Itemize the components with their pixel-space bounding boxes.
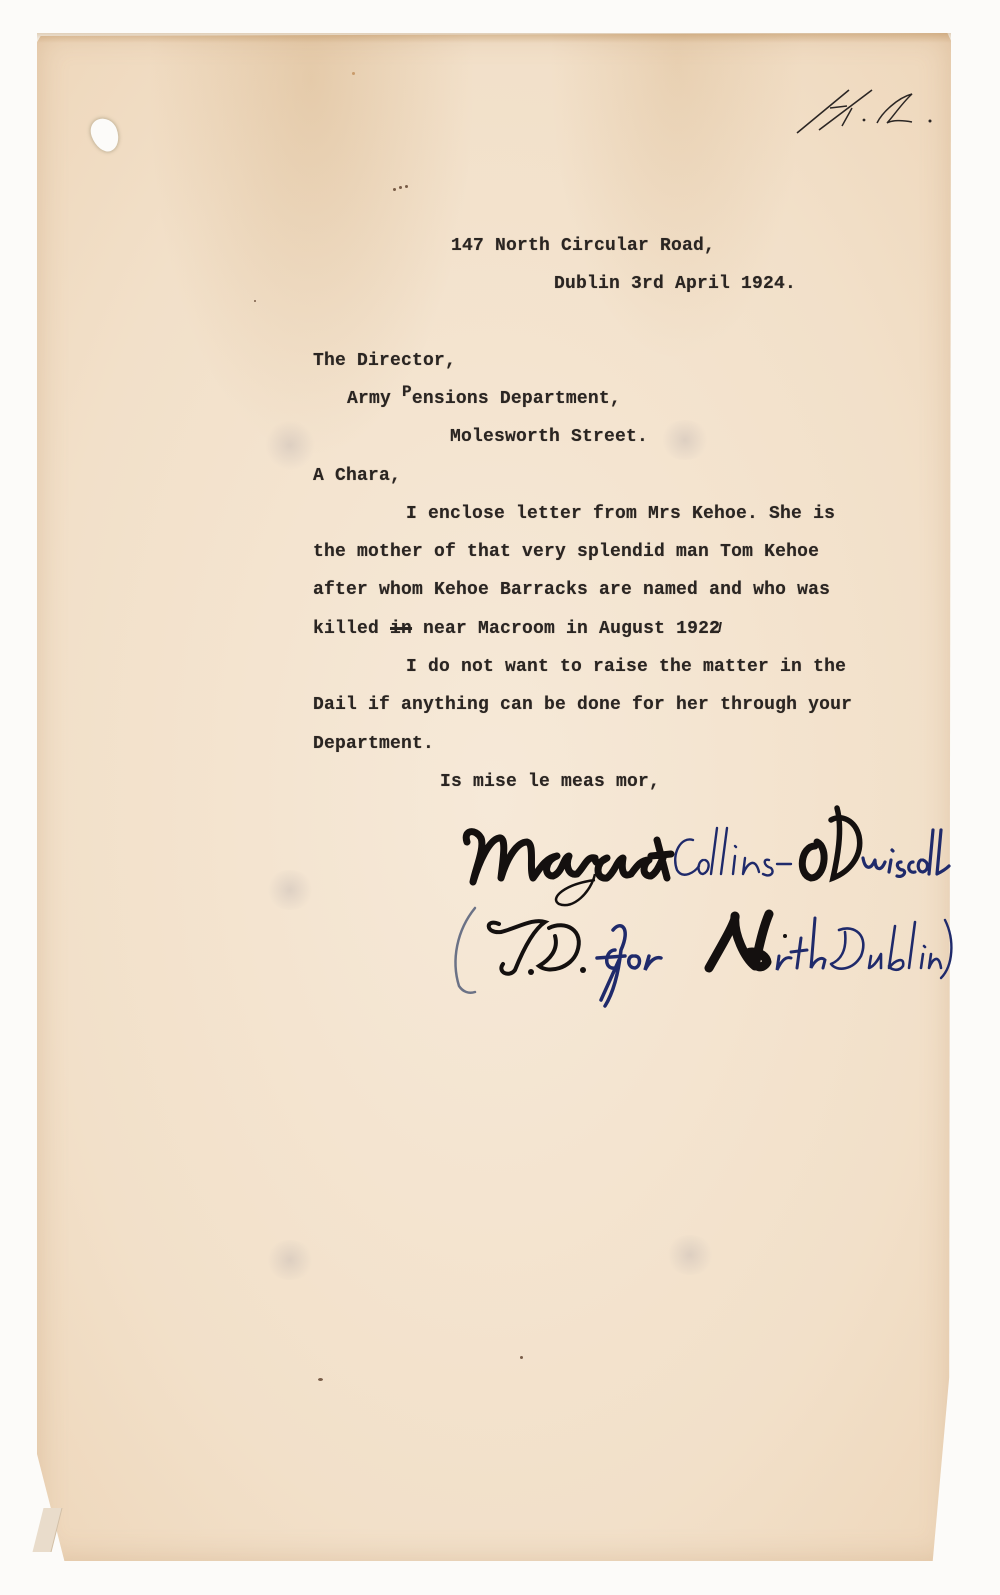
struck-out-word: in <box>390 619 412 639</box>
body-p2-line-1: I do not want to raise the matter in the <box>406 657 846 677</box>
sender-date-line: Dublin 3rd April 1924. <box>554 274 796 294</box>
ink-speck <box>393 188 396 191</box>
recipient-line-2-prefix: Army <box>347 389 402 409</box>
sender-address-line-1: 147 North Circular Road, <box>451 236 715 256</box>
recipient-line-1: The Director, <box>313 351 456 371</box>
ink-speck <box>318 1378 323 1381</box>
body-p1-line-4: killed in near Macroom in August 19222 <box>313 619 720 639</box>
handwritten-signature: Margaret Collins-O'Driscoll <box>445 800 955 1010</box>
top-edge-stain <box>37 33 951 43</box>
smudge-mark <box>265 1240 315 1280</box>
recipient-line-2-rest: ensions Department, <box>412 389 621 409</box>
ink-speck <box>399 186 402 189</box>
body-p1-line-3: after whom Kehoe Barracks are named and … <box>313 580 830 600</box>
ink-speck <box>254 300 256 302</box>
paper-sheet <box>37 33 951 1561</box>
ink-speck <box>352 72 355 75</box>
recipient-line-3: Molesworth Street. <box>450 427 648 447</box>
ink-speck <box>520 1356 523 1359</box>
body-p1-line-4-start: killed <box>313 619 390 639</box>
closing: Is mise le meas mor, <box>440 772 660 792</box>
smudge-mark <box>660 420 710 460</box>
recipient-line-2: Army Pensions Department, <box>347 389 621 409</box>
body-p1-line-1: I enclose letter from Mrs Kehoe. She is <box>406 504 835 524</box>
ink-speck <box>405 185 408 188</box>
body-p1-line-2: the mother of that very splendid man Tom… <box>313 542 819 562</box>
handwritten-reference-mark <box>792 78 942 138</box>
body-p2-line-2: Dail if anything can be done for her thr… <box>313 695 852 715</box>
salutation: A Chara, <box>313 466 401 486</box>
raised-letter-p: P <box>402 383 412 401</box>
body-p2-line-3: Department. <box>313 734 434 754</box>
smudge-mark <box>665 1235 715 1275</box>
scanned-page: 147 North Circular Road, Dublin 3rd Apri… <box>0 0 1000 1595</box>
body-p1-line-4-end: near Macroom in August 1922 <box>412 619 720 639</box>
smudge-mark <box>265 870 315 910</box>
overtyped-digit: 2 <box>709 619 720 639</box>
smudge-mark <box>265 420 315 470</box>
